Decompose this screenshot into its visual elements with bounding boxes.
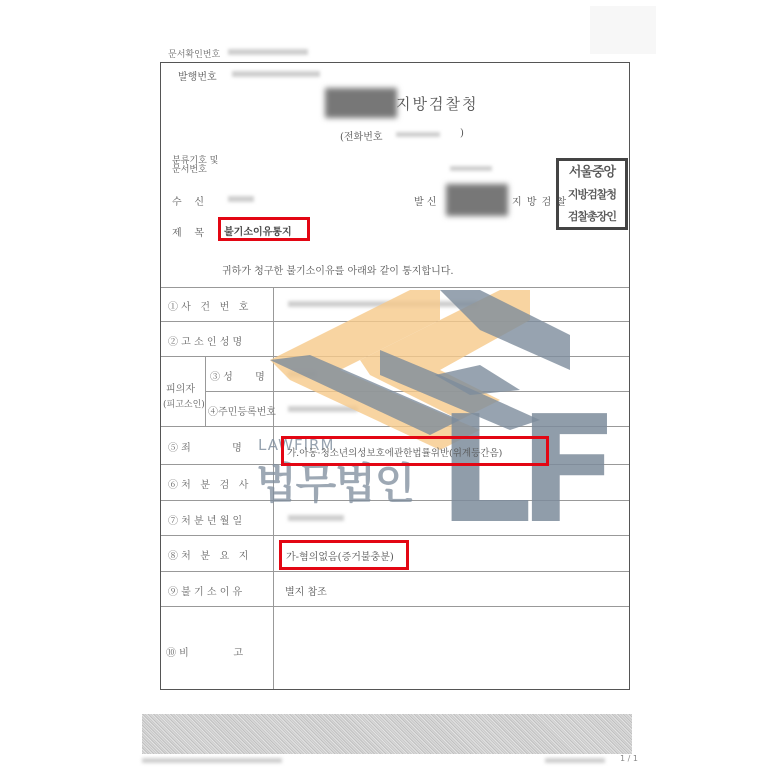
agency-title: 지방검찰청 xyxy=(396,93,478,114)
seal-line-1: 서울중앙 xyxy=(559,162,625,184)
watermark-brand: LF xyxy=(438,396,605,544)
issue-no-redacted xyxy=(232,71,320,77)
classification-label: 분류기호 및 문서번호 xyxy=(172,157,218,175)
classification-label-line2: 문서번호 xyxy=(172,166,218,175)
sender-label: 발 신 xyxy=(414,193,437,208)
row-divider xyxy=(161,571,629,572)
seal-line-3: 검찰총장인 xyxy=(559,206,625,228)
faint-mark xyxy=(590,6,656,54)
footer-date-redacted xyxy=(545,758,605,763)
official-seal: 서울중앙 지방검찰청 검찰총장인 xyxy=(556,158,628,230)
row-divider xyxy=(161,606,629,607)
doc-confirm-label: 문서확인번호 xyxy=(168,47,220,60)
page-number: 1 / 1 xyxy=(620,754,638,763)
phone-redacted xyxy=(396,132,440,137)
disposition-summary-value: 가-혐의없음(증거불충분) xyxy=(286,548,394,563)
subject-label: 제 목 xyxy=(172,224,204,239)
recipient-redacted xyxy=(228,196,254,202)
redacted-footer-band xyxy=(142,714,632,754)
row-label-non-prosecution-reason: ⑨ 불 기 소 이 유 xyxy=(168,583,242,598)
footer-text-redacted xyxy=(142,758,282,763)
row-label-remarks: ⑩ 비 고 xyxy=(166,644,243,659)
phone-label: (전화번호 xyxy=(340,128,383,143)
row-label-disposition-summary: ⑧ 처 분 요 지 xyxy=(168,547,248,562)
date-redacted xyxy=(450,166,492,171)
doc-confirm-number-redacted xyxy=(228,49,308,55)
phone-close: ) xyxy=(460,128,464,139)
recipient-label: 수 신 xyxy=(172,193,204,208)
non-prosecution-reason-value: 별지 참조 xyxy=(285,583,327,598)
seal-line-2: 지방검찰청 xyxy=(559,184,625,206)
issue-no-label: 발행번호 xyxy=(178,68,217,83)
sender-redacted xyxy=(446,184,508,216)
charge-value: 가.아동·청소년의성보호에관한법률위반(위계등간음) xyxy=(287,445,502,459)
subject-value: 불기소이유통지 xyxy=(224,223,292,238)
agency-name-redacted xyxy=(325,88,397,118)
